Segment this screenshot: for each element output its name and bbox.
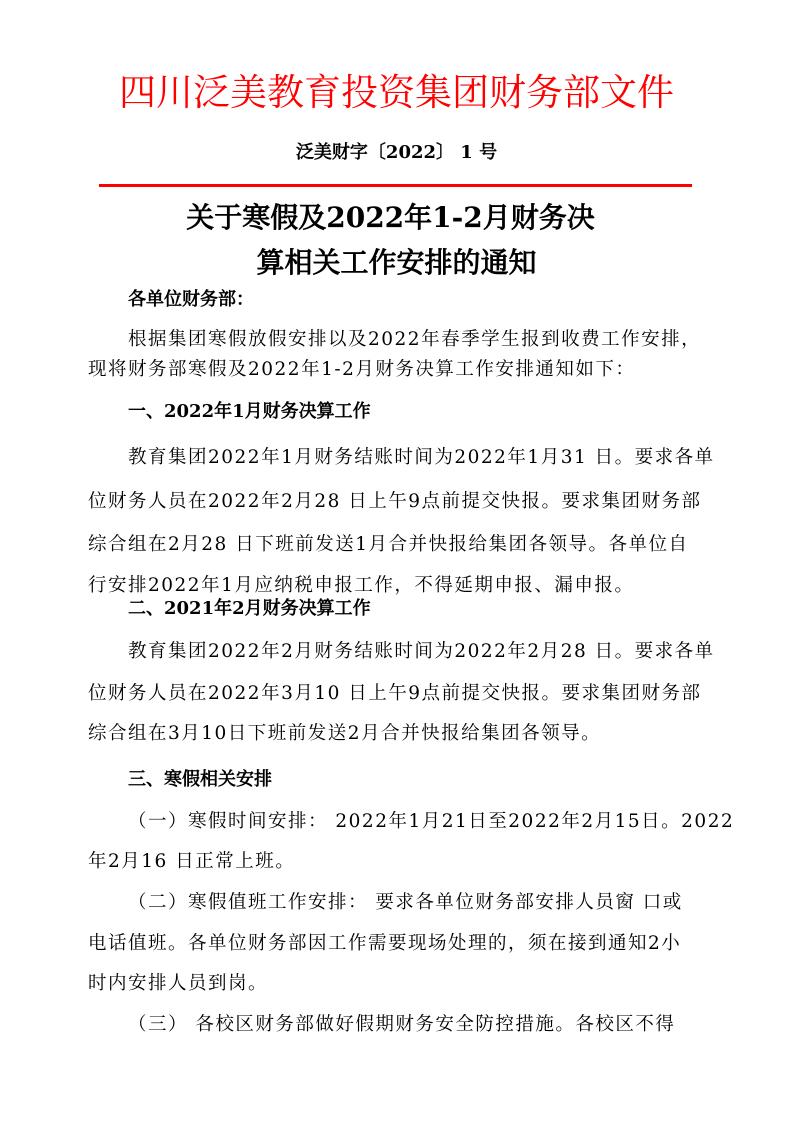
section-heading-1: 一、2022年1月财务决算工作	[128, 398, 371, 426]
section-1-line-3: 综合组在2月28 日下班前发送1月合并快报给集团各领导。各单位自	[88, 531, 713, 559]
section-3-line-4: 电话值班。各单位财务部因工作需要现场处理的，须在接到通知2小	[88, 930, 713, 958]
document-number: 泛美财字〔2022〕 1 号	[0, 140, 793, 166]
document-page: 四川泛美教育投资集团财务部文件 泛美财字〔2022〕 1 号 关于寒假及2022…	[0, 0, 793, 1122]
section-3-line-6: （三） 各校区财务部做好假期财务安全防控措施。各校区不得	[128, 1011, 713, 1039]
section-3-line-1: （一）寒假时间安排： 2022年1月21日至2022年2月15日。2022	[128, 808, 713, 836]
intro-line-1: 根据集团寒假放假安排以及2022年春季学生报到收费工作安排，	[128, 326, 713, 354]
section-2-line-3: 综合组在3月10日下班前发送2月合并快报给集团各领导。	[88, 720, 713, 748]
intro-line-2: 现将财务部寒假及2022年1-2月财务决算工作安排通知如下：	[88, 356, 713, 384]
notice-title-line-1: 关于寒假及2022年1-2月财务决	[0, 198, 787, 238]
notice-title-line-2: 算相关工作安排的通知	[0, 243, 793, 283]
section-3-line-2: 年2月16 日正常上班。	[88, 848, 713, 876]
section-1-line-1: 教育集团2022年1月财务结账时间为2022年1月31 日。要求各单	[128, 444, 713, 472]
salutation: 各单位财务部：	[128, 286, 254, 314]
section-3-line-5: 时内安排人员到岗。	[88, 970, 713, 998]
red-divider-rule	[99, 184, 692, 187]
section-1-line-2: 位财务人员在2022年2月28 日上午9点前提交快报。要求集团财务部	[88, 488, 713, 516]
section-3-line-3: （二）寒假值班工作安排： 要求各单位财务部安排人员窗 口或	[128, 889, 713, 917]
section-heading-2: 二、2021年2月财务决算工作	[128, 595, 371, 623]
section-2-line-1: 教育集团2022年2月财务结账时间为2022年2月28 日。要求各单	[128, 638, 713, 666]
document-header-title: 四川泛美教育投资集团财务部文件	[0, 68, 793, 118]
section-2-line-2: 位财务人员在2022年3月10 日上午9点前提交快报。要求集团财务部	[88, 680, 713, 708]
section-heading-3: 三、寒假相关安排	[128, 766, 272, 794]
